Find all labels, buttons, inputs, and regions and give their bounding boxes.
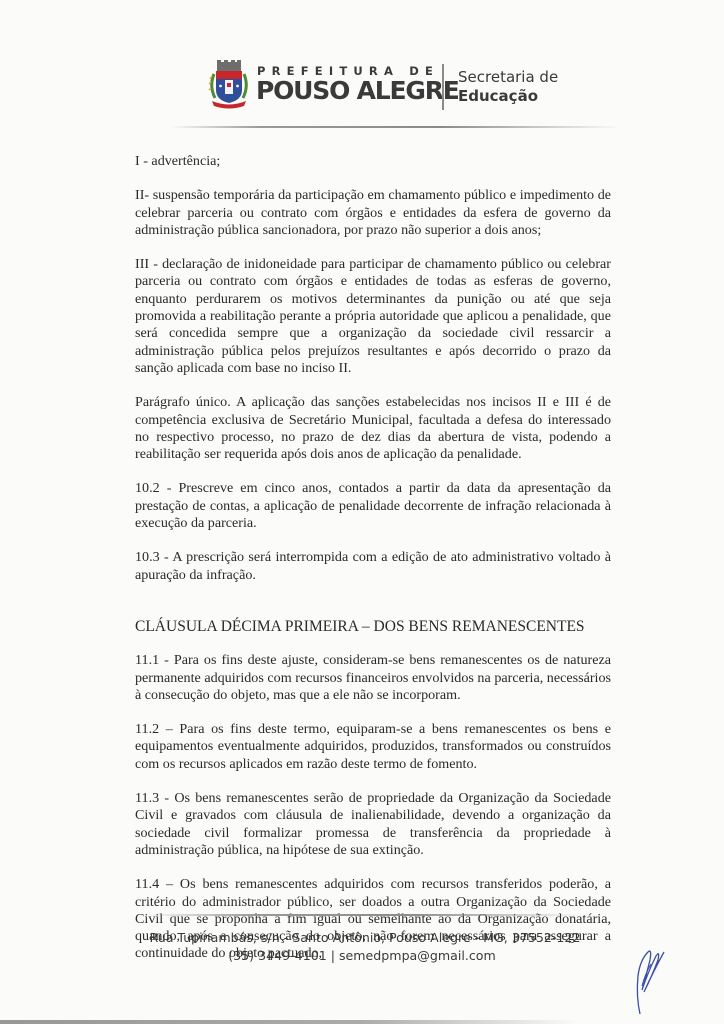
paragraph-11-2: 11.2 – Para os fins deste termo, equipar… [135, 721, 611, 773]
paragraph-inciso-iii: III - declaração de inidoneidade para pa… [135, 256, 611, 377]
department-name: Secretaria de Educação [458, 68, 558, 106]
brand-main-text: POUSO ALEGRE [256, 76, 459, 106]
paragraph-inciso-ii: II- suspensão temporária da participação… [135, 187, 611, 239]
coat-of-arms-icon [206, 60, 252, 110]
paragraph-inciso-i: I - advertência; [135, 153, 611, 170]
footer: Rua Tupinambás, s/n - Santo Antônio, Pou… [0, 929, 724, 965]
footer-contact: (35) 3449-4101 | semedpmpa@gmail.com [0, 947, 724, 965]
paragraph-10-2: 10.2 - Prescreve em cinco anos, contados… [135, 480, 611, 532]
handwritten-signature-icon [618, 946, 668, 1016]
department-line-1: Secretaria de [458, 68, 558, 87]
paragraph-10-3: 10.3 - A prescrição será interrompida co… [135, 549, 611, 584]
footer-address: Rua Tupinambás, s/n - Santo Antônio, Pou… [0, 929, 724, 947]
header-rule [170, 126, 620, 128]
department-line-2: Educação [458, 87, 558, 106]
scan-edge [0, 1020, 724, 1024]
header-divider [442, 64, 444, 110]
document-body: I - advertência; II- suspensão temporári… [135, 153, 611, 963]
paragraph-11-3: 11.3 - Os bens remanescentes serão de pr… [135, 790, 611, 859]
paragraph-unico: Parágrafo único. A aplicação das sanções… [135, 394, 611, 463]
clause-title: CLÁUSULA DÉCIMA PRIMEIRA – DOS BENS REMA… [135, 618, 611, 635]
footer-rule [145, 914, 585, 916]
paragraph-11-1: 11.1 - Para os fins deste ajuste, consid… [135, 652, 611, 704]
